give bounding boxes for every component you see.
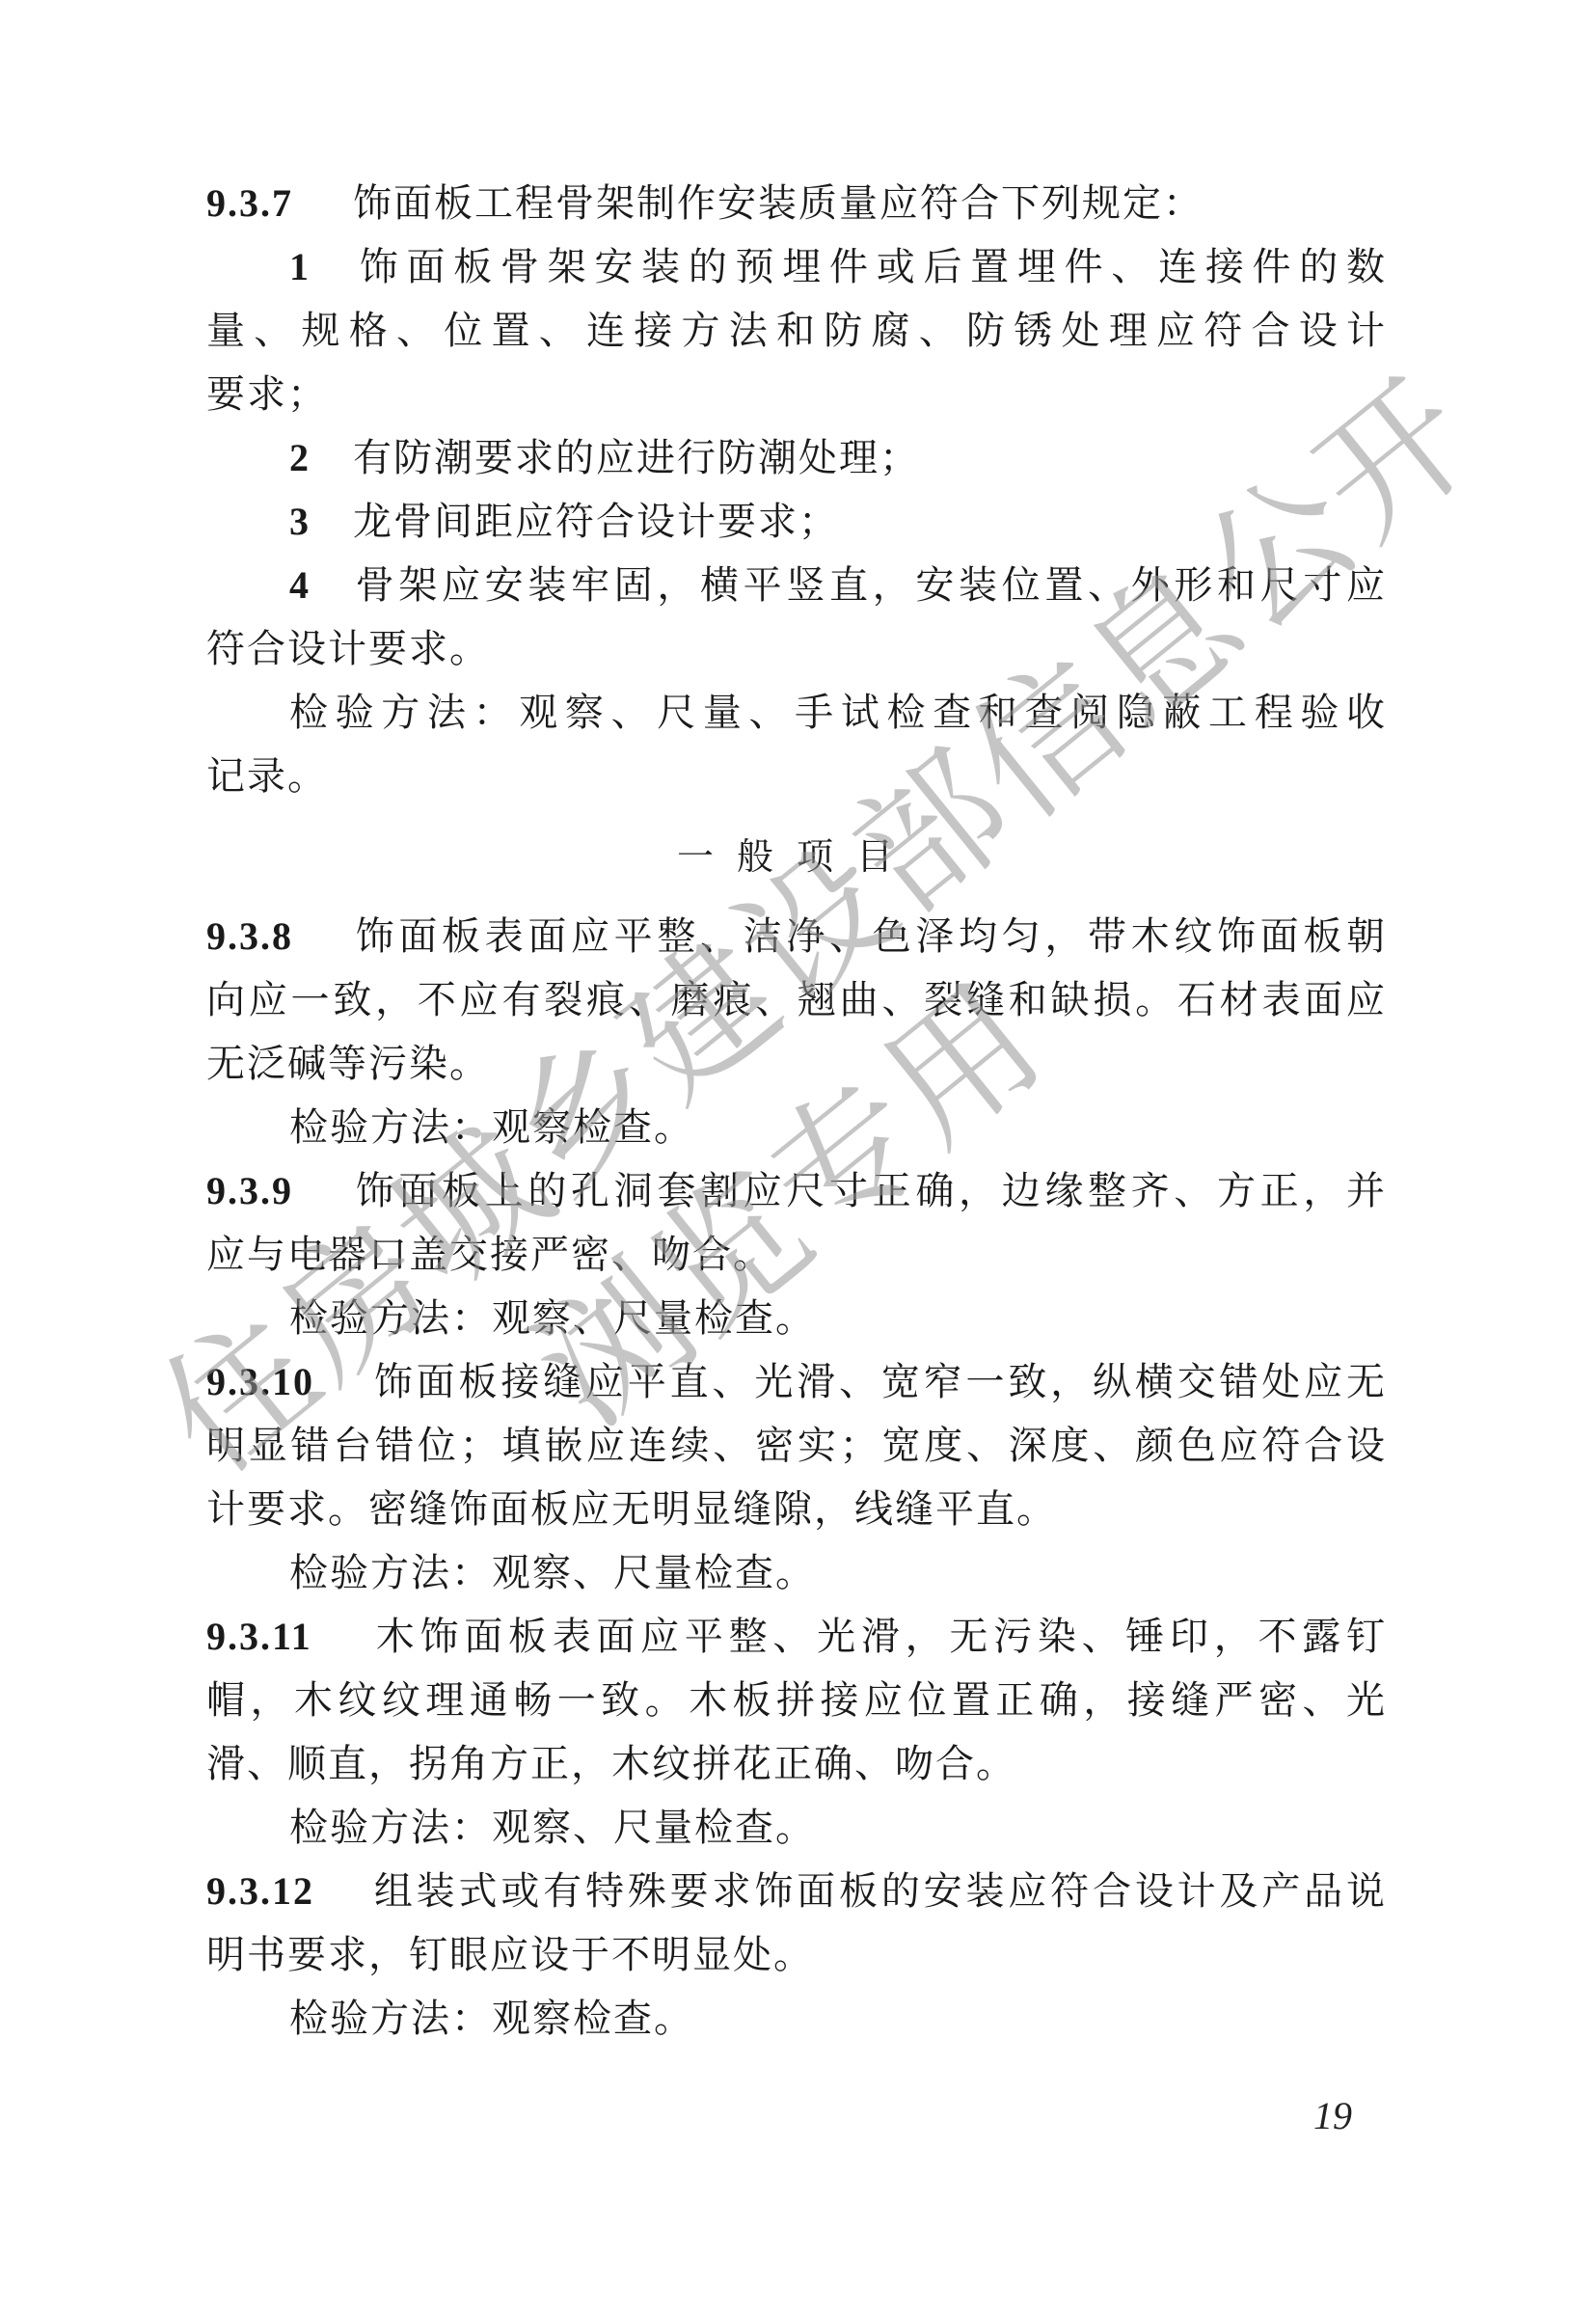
clause-number: 9.3.8 xyxy=(206,905,353,968)
clause-9-3-11-line-2: 帽，木纹纹理通畅一致。木板拼接应位置正确，接缝严密、光 xyxy=(206,1669,1387,1732)
item-1-line-1: 1饰面板骨架安装的预埋件或后置埋件、连接件的数 xyxy=(206,235,1387,299)
item-4-line-1: 4骨架应安装牢固，横平竖直，安装位置、外形和尺寸应 xyxy=(206,554,1387,617)
clause-9-3-9-line-1: 9.3.9饰面板上的孔洞套割应尺寸正确，边缘整齐、方正，并 xyxy=(206,1159,1387,1223)
section-heading: 一般项目 xyxy=(206,808,1387,905)
method-9-3-12: 检验方法：观察检查。 xyxy=(206,1987,1387,2051)
clause-9-3-12-line-2: 明书要求，钉眼应设于不明显处。 xyxy=(206,1923,1387,1987)
clause-9-3-11-line-3: 滑、顺直，拐角方正，木纹拼花正确、吻合。 xyxy=(206,1732,1387,1796)
document-page: 9.3.7饰面板工程骨架制作安装质量应符合下列规定： 1饰面板骨架安装的预埋件或… xyxy=(206,172,1387,2051)
clause-9-3-10-line-1: 9.3.10饰面板接缝应平直、光滑、宽窄一致，纵横交错处应无 xyxy=(206,1350,1387,1414)
page-number: 19 xyxy=(1313,2093,1352,2138)
item-4-line-2: 符合设计要求。 xyxy=(206,617,1387,681)
clause-9-3-8-line-2: 向应一致，不应有裂痕、磨痕、翘曲、裂缝和缺损。石材表面应 xyxy=(206,968,1387,1032)
item-2-line-1: 2有防潮要求的应进行防潮处理； xyxy=(206,426,1387,490)
clause-9-3-8-line-1: 9.3.8饰面板表面应平整、洁净、色泽均匀，带木纹饰面板朝 xyxy=(206,905,1387,968)
clause-number: 9.3.11 xyxy=(206,1605,372,1669)
method-9-3-8: 检验方法：观察检查。 xyxy=(206,1096,1387,1159)
item-number: 3 xyxy=(289,490,353,554)
item-number: 1 xyxy=(289,235,353,299)
clause-9-3-10-line-3: 计要求。密缝饰面板应无明显缝隙，线缝平直。 xyxy=(206,1478,1387,1541)
method-9-3-10: 检验方法：观察、尺量检查。 xyxy=(206,1541,1387,1605)
item-3-line-1: 3龙骨间距应符合设计要求； xyxy=(206,490,1387,554)
clause-number: 9.3.7 xyxy=(206,172,353,235)
item-number: 2 xyxy=(289,426,353,490)
item-1-line-2: 量、规格、位置、连接方法和防腐、防锈处理应符合设计 xyxy=(206,299,1387,363)
method-9-3-11: 检验方法：观察、尺量检查。 xyxy=(206,1796,1387,1860)
item-1-line-3: 要求； xyxy=(206,363,1387,426)
clause-9-3-8-line-3: 无泛碱等污染。 xyxy=(206,1032,1387,1096)
clause-9-3-10-line-2: 明显错台错位；填嵌应连续、密实；宽度、深度、颜色应符合设 xyxy=(206,1414,1387,1478)
method-9-3-7-line-2: 记录。 xyxy=(206,745,1387,808)
clause-9-3-12-line-1: 9.3.12组装式或有特殊要求饰面板的安装应符合设计及产品说 xyxy=(206,1860,1387,1923)
clause-number: 9.3.12 xyxy=(206,1860,372,1923)
item-number: 4 xyxy=(289,554,353,617)
clause-9-3-7-line-1: 9.3.7饰面板工程骨架制作安装质量应符合下列规定： xyxy=(206,172,1387,235)
method-9-3-7-line-1: 检验方法：观察、尺量、手试检查和查阅隐蔽工程验收 xyxy=(206,681,1387,745)
clause-number: 9.3.9 xyxy=(206,1159,353,1223)
clause-9-3-9-line-2: 应与电器口盖交接严密、吻合。 xyxy=(206,1223,1387,1287)
clause-number: 9.3.10 xyxy=(206,1350,372,1414)
method-9-3-9: 检验方法：观察、尺量检查。 xyxy=(206,1287,1387,1350)
clause-9-3-11-line-1: 9.3.11木饰面板表面应平整、光滑，无污染、锤印，不露钉 xyxy=(206,1605,1387,1669)
